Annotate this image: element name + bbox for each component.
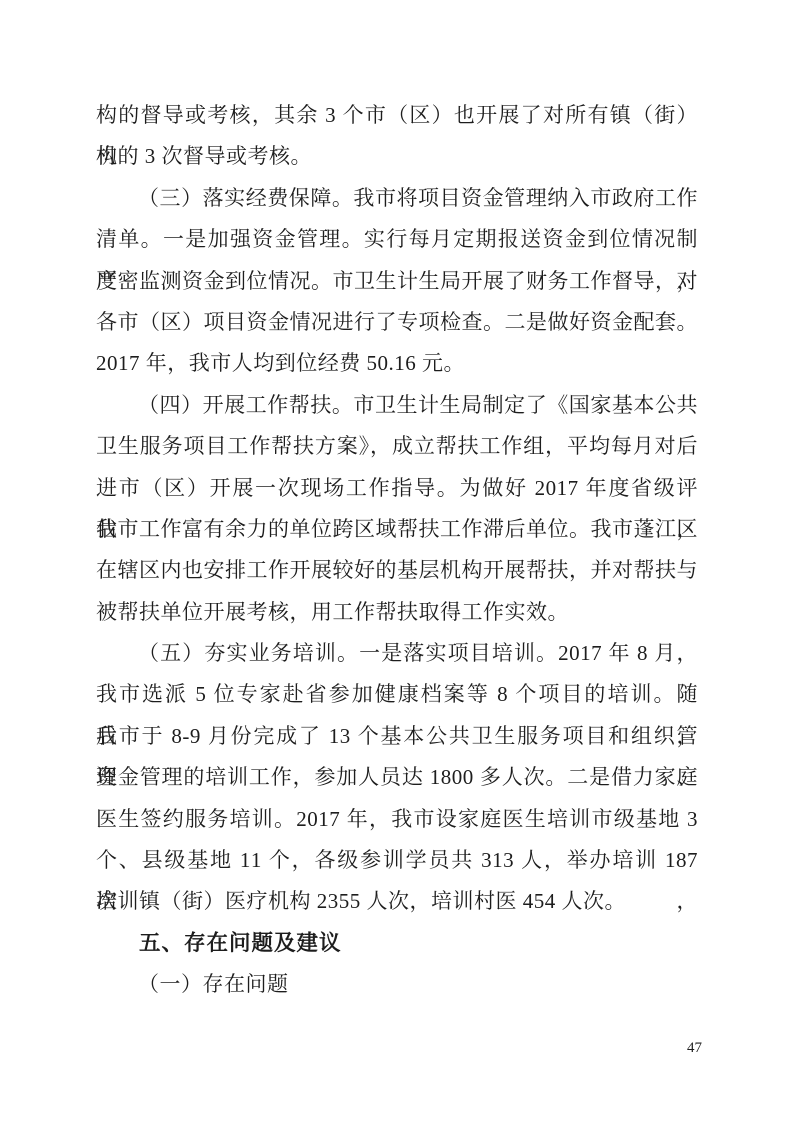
body-line: （一）存在问题 bbox=[96, 964, 698, 1005]
body-line: 2017 年，我市人均到位经费 50.16 元。 bbox=[96, 343, 698, 384]
body-line: 我市于 8-9 月份完成了 13 个基本公共卫生服务项目和组织管理、 bbox=[96, 716, 698, 757]
document-body: 构的督导或考核，其余 3 个市（区）也开展了对所有镇（街）机 构的 3 次督导或… bbox=[96, 95, 698, 1006]
body-line: 严密监测资金到位情况。市卫生计生局开展了财务工作督导，对 bbox=[96, 261, 698, 302]
body-line: （五）夯实业务培训。一是落实项目培训。2017 年 8 月， bbox=[96, 633, 698, 674]
page-number: 47 bbox=[687, 1038, 702, 1058]
body-line: （四）开展工作帮扶。市卫生计生局制定了《国家基本公共 bbox=[96, 385, 698, 426]
body-line: 我市工作富有余力的单位跨区域帮扶工作滞后单位。我市蓬江区 bbox=[96, 509, 698, 550]
body-line: 清单。一是加强资金管理。实行每月定期报送资金到位情况制度， bbox=[96, 219, 698, 260]
body-line: 在辖区内也安排工作开展较好的基层机构开展帮扶，并对帮扶与 bbox=[96, 550, 698, 591]
body-line: 进市（区）开展一次现场工作指导。为做好 2017 年度省级评估， bbox=[96, 468, 698, 509]
body-line: 构的督导或考核，其余 3 个市（区）也开展了对所有镇（街）机 bbox=[96, 95, 698, 136]
body-line: 我市选派 5 位专家赴省参加健康档案等 8 个项目的培训。随后， bbox=[96, 674, 698, 715]
body-line: 各市（区）项目资金情况进行了专项检查。二是做好资金配套。 bbox=[96, 302, 698, 343]
section-heading: 五、存在问题及建议 bbox=[96, 923, 698, 964]
document-page: 构的督导或考核，其余 3 个市（区）也开展了对所有镇（街）机 构的 3 次督导或… bbox=[0, 0, 793, 1122]
body-line: （三）落实经费保障。我市将项目资金管理纳入市政府工作 bbox=[96, 178, 698, 219]
body-line: 资金管理的培训工作，参加人员达 1800 多人次。二是借力家庭 bbox=[96, 757, 698, 798]
body-line: 培训镇（街）医疗机构 2355 人次，培训村医 454 人次。 bbox=[96, 881, 698, 922]
body-line: 构的 3 次督导或考核。 bbox=[96, 136, 698, 177]
body-line: 个、县级基地 11 个，各级参训学员共 313 人，举办培训 187 次， bbox=[96, 840, 698, 881]
body-line: 医生签约服务培训。2017 年，我市设家庭医生培训市级基地 3 bbox=[96, 799, 698, 840]
body-line: 被帮扶单位开展考核，用工作帮扶取得工作实效。 bbox=[96, 592, 698, 633]
body-line: 卫生服务项目工作帮扶方案》，成立帮扶工作组，平均每月对后 bbox=[96, 426, 698, 467]
